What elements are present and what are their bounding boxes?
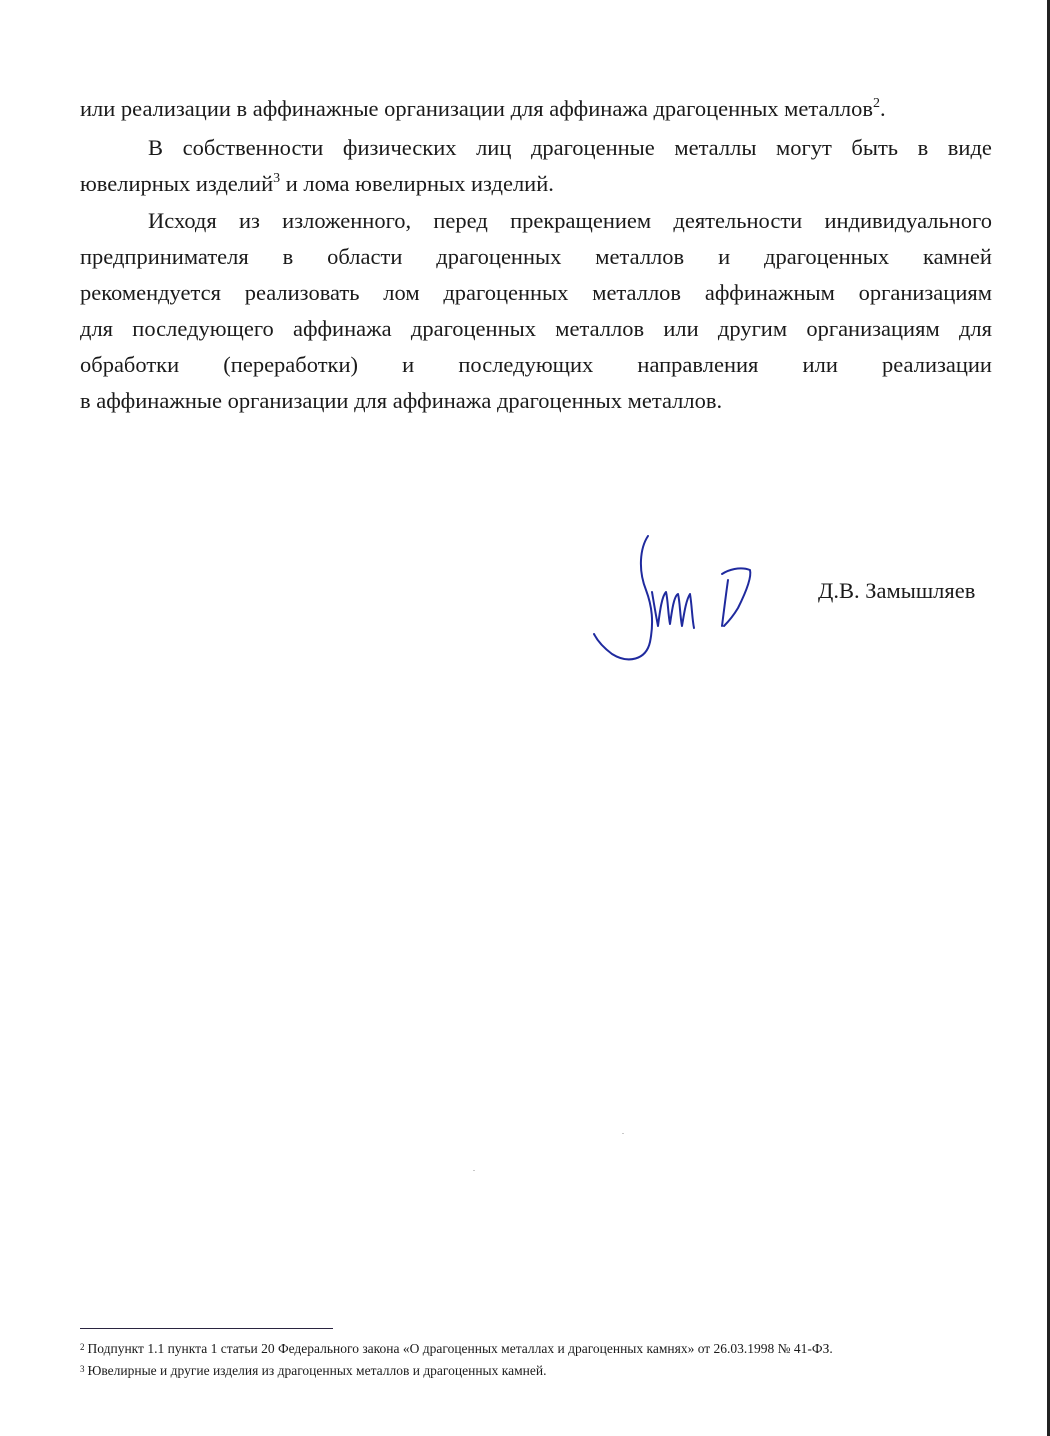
text-line: или реализации в аффинажные организации … xyxy=(80,94,992,124)
text-line: рекомендуется реализовать лом драгоценны… xyxy=(80,278,992,308)
line-text: в аффинажные организации для аффинажа др… xyxy=(80,388,722,413)
document-page: или реализации в аффинажные организации … xyxy=(0,0,1047,1436)
scan-speck xyxy=(622,1133,624,1134)
text-line: предпринимателя в области драгоценных ме… xyxy=(80,242,992,272)
word: в xyxy=(283,242,294,272)
word: последующего xyxy=(132,314,274,344)
footnote-marker: 2 xyxy=(80,1342,85,1352)
word: организациям xyxy=(806,314,939,344)
word: (переработки) xyxy=(223,350,358,380)
word: организациям xyxy=(859,278,992,308)
text-line: в аффинажные организации для аффинажа др… xyxy=(80,386,992,416)
word: металлов xyxy=(592,278,681,308)
word: другим xyxy=(718,314,787,344)
word: обработки xyxy=(80,350,179,380)
word: изложенного, xyxy=(282,206,411,236)
signer-name: Д.В. Замышляев xyxy=(818,576,975,606)
footnote-2: 2Подпункт 1.1 пункта 1 статьи 20 Федерал… xyxy=(80,1340,833,1358)
line-text: . xyxy=(880,96,886,121)
word: драгоценных xyxy=(443,278,568,308)
footnote-text: Ювелирные и другие изделия из драгоценны… xyxy=(88,1363,547,1378)
handwritten-signature xyxy=(588,530,768,670)
word: драгоценных xyxy=(764,242,889,272)
word: прекращением xyxy=(510,206,651,236)
word: металлов xyxy=(595,242,684,272)
word: или xyxy=(663,314,698,344)
line-text: или реализации в аффинажные организации … xyxy=(80,96,873,121)
word: в xyxy=(918,133,929,163)
text-line: Исходя из изложенного, перед прекращение… xyxy=(148,206,992,236)
word: собственности xyxy=(183,133,324,163)
word: или xyxy=(803,350,838,380)
line-text: ювелирных изделий xyxy=(80,171,273,196)
word: быть xyxy=(851,133,898,163)
footnote-text: Подпункт 1.1 пункта 1 статьи 20 Федераль… xyxy=(88,1341,833,1356)
word: аффинажа xyxy=(293,314,392,344)
word: перед xyxy=(433,206,487,236)
word: для xyxy=(959,314,992,344)
word: индивидуального xyxy=(824,206,992,236)
scan-speck xyxy=(473,1170,475,1171)
word: и xyxy=(718,242,730,272)
footnote-marker: 3 xyxy=(80,1364,85,1374)
word: последующих xyxy=(458,350,593,380)
footnote-separator xyxy=(80,1328,333,1329)
word: лиц xyxy=(476,133,511,163)
text-line: В собственности физических лиц драгоценн… xyxy=(148,133,992,163)
line-text: и лома ювелирных изделий. xyxy=(280,171,554,196)
text-line: обработки (переработки) и последующих на… xyxy=(80,350,992,380)
word: виде xyxy=(948,133,992,163)
word: из xyxy=(239,206,260,236)
word: области xyxy=(327,242,402,272)
word: камней xyxy=(923,242,992,272)
word: для xyxy=(80,314,113,344)
word: физических xyxy=(343,133,457,163)
word: металлы xyxy=(674,133,756,163)
word: металлов xyxy=(555,314,644,344)
word: реализовать xyxy=(245,278,360,308)
word: лом xyxy=(383,278,419,308)
footnote-3: 3Ювелирные и другие изделия из драгоценн… xyxy=(80,1362,546,1380)
text-line: для последующего аффинажа драгоценных ме… xyxy=(80,314,992,344)
word: драгоценные xyxy=(531,133,655,163)
word: направления xyxy=(637,350,758,380)
word: драгоценных xyxy=(436,242,561,272)
word: рекомендуется xyxy=(80,278,221,308)
word: деятельности xyxy=(673,206,802,236)
footnote-ref[interactable]: 2 xyxy=(873,96,880,111)
word: могут xyxy=(776,133,832,163)
word: В xyxy=(148,133,163,163)
text-line: ювелирных изделий3 и лома ювелирных изде… xyxy=(80,169,992,199)
word: реализации xyxy=(882,350,992,380)
word: Исходя xyxy=(148,206,217,236)
word: аффинажным xyxy=(705,278,835,308)
word: драгоценных xyxy=(411,314,536,344)
word: и xyxy=(402,350,414,380)
word: предпринимателя xyxy=(80,242,249,272)
footnote-ref[interactable]: 3 xyxy=(273,171,280,186)
